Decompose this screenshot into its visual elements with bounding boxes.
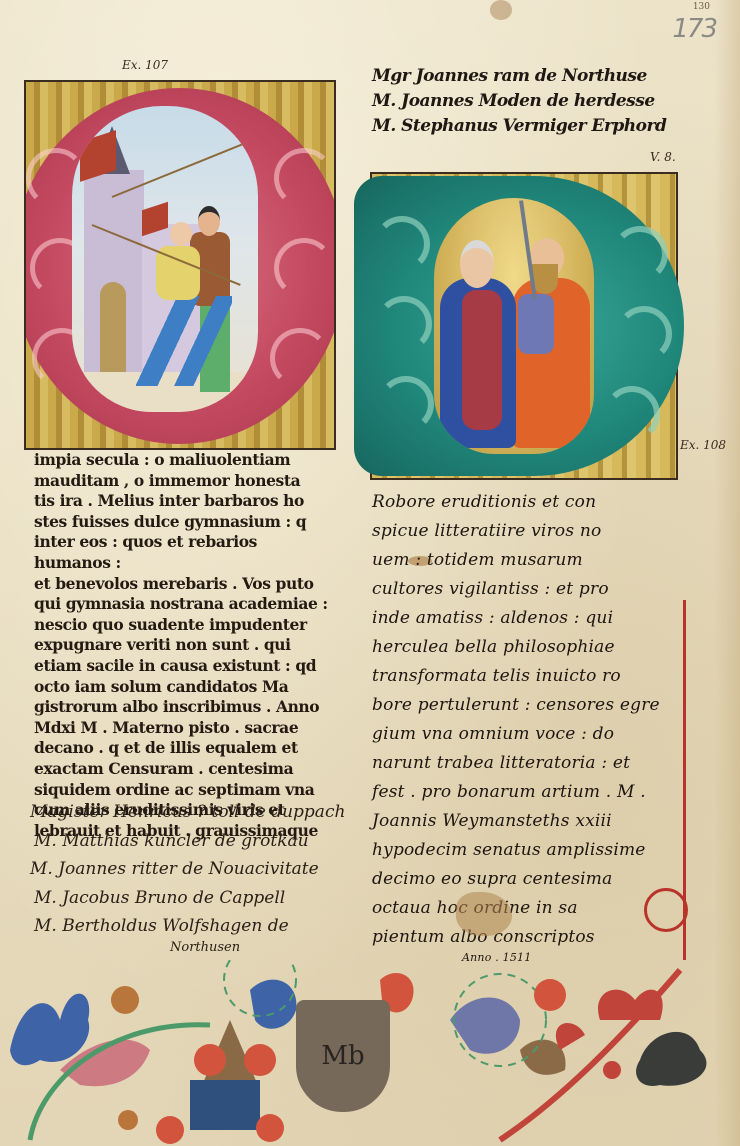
folio-number: 173 <box>672 14 716 44</box>
text-line: etiam sacile in causa existunt : qd <box>34 656 334 677</box>
acanthus-leaf <box>612 226 668 282</box>
text-line: pientum albo conscriptos <box>372 923 692 952</box>
text-line: narunt trabea litteratoria : et <box>372 749 692 778</box>
acanthus-leaf <box>376 296 432 352</box>
text-line: exactam Censuram . centesima <box>34 759 334 780</box>
saint-paul-tunic <box>518 294 554 354</box>
saint-peter-head <box>460 240 494 288</box>
text-line: siquidem ordine ac septimam vna <box>34 780 334 801</box>
left-text-column: impia secula : o maliuolentiam mauditam … <box>34 450 334 841</box>
spear <box>112 140 252 198</box>
text-line: decimo eo supra centesima <box>372 865 692 894</box>
figure-head <box>198 206 220 236</box>
floral-cluster-icon <box>118 1020 284 1144</box>
heading-line: M. Stephanus Vermiger Erphord <box>372 114 672 139</box>
heading-line: Mgr Joannes ram de Northuse <box>372 64 672 89</box>
dark-acanthus-icon <box>636 1032 706 1086</box>
acanthus-leaf <box>374 216 430 272</box>
text-line: nescio quo suadente impudenter <box>34 615 334 636</box>
street-scene <box>72 106 258 412</box>
saint-peter-tunic <box>462 290 502 430</box>
heading-names: Mgr Joannes ram de Northuse M. Joannes M… <box>372 64 672 139</box>
saints-scene <box>434 198 594 454</box>
graduates-list: Magister Henricus ? toll de duppach M. M… <box>30 798 370 955</box>
graduate-name: M. Joannes ritter de Nouacivitate <box>30 855 370 884</box>
text-line: octo iam solum candidatos Ma <box>34 677 334 698</box>
graduate-name-continuation: Northusen <box>30 941 370 955</box>
illumination-label-right: Ex. 108 <box>680 438 726 452</box>
figure-blue-hose <box>136 296 232 386</box>
scroll-leaf-icon <box>450 974 566 1075</box>
stain <box>490 0 512 20</box>
text-line: spicue litteratiire viros no <box>372 517 692 546</box>
graduate-name: Magister Henricus ? toll de duppach <box>30 798 370 827</box>
initial-d-letterform <box>354 176 684 476</box>
text-line: stes fuisses dulce gymnasium : q <box>34 512 334 533</box>
heading-line: M. Joannes Moden de herdesse <box>372 89 672 114</box>
acanthus-swirl <box>274 238 334 298</box>
text-line: et benevolos merebaris . Vos puto <box>34 574 334 595</box>
initial-o-letterform <box>24 88 336 444</box>
graduate-name: M. Matthias kuncler de grotkau <box>30 827 370 856</box>
text-line: bore pertulerunt : censores egre <box>372 691 692 720</box>
old-folio-number: 130 <box>693 2 710 12</box>
manuscript-page: 130 173 Ex. 107 <box>0 0 740 1146</box>
illuminated-initial-d <box>370 172 678 480</box>
text-line: transformata telis inuicto ro <box>372 662 692 691</box>
text-line: Joannis Weymansteths xxiii <box>372 807 692 836</box>
text-line: Robore eruditionis et con <box>372 488 692 517</box>
acanthus-leaf <box>378 376 434 432</box>
text-line: Mdxi M . Materno pisto . sacrae <box>34 718 334 739</box>
illumination-label-left: Ex. 107 <box>122 58 168 72</box>
text-line: cultores vigilantiss : et pro <box>372 575 692 604</box>
text-line: herculea bella philosophiae <box>372 633 692 662</box>
text-line: expugnare veriti non sunt . qui <box>34 635 334 656</box>
heading-note: V. 8. <box>650 150 676 164</box>
red-dot <box>603 1061 621 1079</box>
graduate-name: M. Jacobus Bruno de Cappell <box>30 884 370 913</box>
text-line: hypodecim senatus amplissime <box>372 836 692 865</box>
text-line: fest . pro bonarum artium . M . <box>372 778 692 807</box>
acanthus-leaf <box>616 306 672 362</box>
text-line: tis ira . Melius inter barbaros ho <box>34 491 334 512</box>
shield-monogram: Mb <box>321 1041 364 1071</box>
graduate-name: M. Bertholdus Wolfshagen de <box>30 912 370 941</box>
text-line: mauditam , o immemor honesta <box>34 471 334 492</box>
illuminated-initial-o <box>24 80 336 450</box>
monogram-shield: Mb <box>296 1000 390 1112</box>
acanthus-swirl <box>274 148 334 208</box>
text-line: gistrorum albo inscribimus . Anno <box>34 697 334 718</box>
text-line: uem : totidem musarum <box>372 546 692 575</box>
text-line: gium vna omnium voce : do <box>372 720 692 749</box>
right-text-column: Robore eruditionis et con spicue littera… <box>372 488 692 964</box>
text-line: qui gymnasia nostrana academiae : <box>34 594 334 615</box>
acanthus-leaf-icon <box>10 986 210 1140</box>
saint-paul-beard <box>532 264 558 294</box>
acanthus-swirl <box>270 328 330 388</box>
acanthus-leaf <box>604 386 660 442</box>
figure-head <box>170 222 192 246</box>
text-line: inde amatiss : aldenos : qui <box>372 604 692 633</box>
red-penwork-loop <box>644 888 688 932</box>
text-line: impia secula : o maliuolentiam <box>34 450 334 471</box>
stain <box>456 892 512 936</box>
text-line: inter eos : quos et rebarios humanos : <box>34 532 334 573</box>
text-line: decano . q et de illis equalem et <box>34 738 334 759</box>
